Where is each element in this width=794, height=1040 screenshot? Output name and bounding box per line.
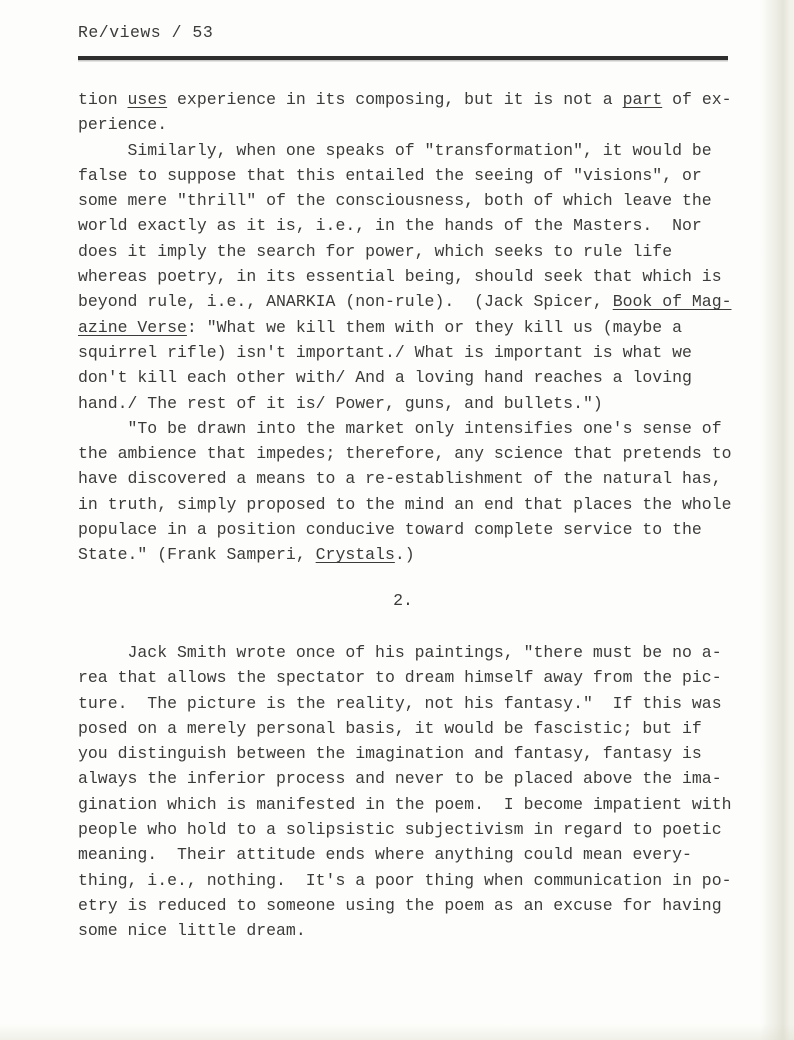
text-line: Similarly, when one speaks of "transform… xyxy=(78,138,734,163)
text-line: tion uses experience in its composing, b… xyxy=(78,87,734,112)
running-head: Re/views / 53 xyxy=(78,23,734,43)
text-line: gination which is manifested in the poem… xyxy=(78,792,734,817)
text-line: posed on a merely personal basis, it wou… xyxy=(78,716,734,741)
text-segment: Jack Smith wrote once of his paintings, … xyxy=(78,643,722,662)
text-segment: ture. The picture is the reality, not hi… xyxy=(78,694,722,713)
text-line: always the inferior process and never to… xyxy=(78,766,734,791)
page-edge-shadow-right xyxy=(760,0,794,1040)
text-line: azine Verse: "What we kill them with or … xyxy=(78,315,734,340)
underlined-text: Crystals xyxy=(316,545,395,564)
text-segment: always the inferior process and never to… xyxy=(78,769,722,788)
text-segment: tion xyxy=(78,90,128,109)
underlined-text: Book of Mag- xyxy=(613,292,732,311)
text-segment: perience. xyxy=(78,115,167,134)
text-line: State." (Frank Samperi, Crystals.) xyxy=(78,542,734,567)
text-line: don't kill each other with/ And a loving… xyxy=(78,365,734,390)
text-line: false to suppose that this entailed the … xyxy=(78,163,734,188)
text-segment: thing, i.e., nothing. It's a poor thing … xyxy=(78,871,732,890)
text-segment: of ex- xyxy=(662,90,731,109)
text-line: some mere "thrill" of the consciousness,… xyxy=(78,188,734,213)
page-content-column: Re/views / 53 tion uses experience in it… xyxy=(78,0,734,944)
text-line: hand./ The rest of it is/ Power, guns, a… xyxy=(78,391,734,416)
text-segment: experience in its composing, but it is n… xyxy=(167,90,622,109)
text-line: ture. The picture is the reality, not hi… xyxy=(78,691,734,716)
paragraph: tion uses experience in its composing, b… xyxy=(78,87,734,138)
text-line: the ambience that impedes; therefore, an… xyxy=(78,441,734,466)
text-line: populace in a position conducive toward … xyxy=(78,517,734,542)
underlined-text: azine Verse xyxy=(78,318,187,337)
text-line: etry is reduced to someone using the poe… xyxy=(78,893,734,918)
text-line: Jack Smith wrote once of his paintings, … xyxy=(78,640,734,665)
text-segment: some nice little dream. xyxy=(78,921,306,940)
text-line: does it imply the search for power, whic… xyxy=(78,239,734,264)
text-line: world exactly as it is, i.e., in the han… xyxy=(78,213,734,238)
text-segment: : "What we kill them with or they kill u… xyxy=(187,318,682,337)
text-segment: you distinguish between the imagination … xyxy=(78,744,702,763)
text-segment: the ambience that impedes; therefore, an… xyxy=(78,444,732,463)
text-line: have discovered a means to a re-establis… xyxy=(78,466,734,491)
text-line: meaning. Their attitude ends where anyth… xyxy=(78,842,734,867)
text-segment: whereas poetry, in its essential being, … xyxy=(78,267,722,286)
text-segment: in truth, simply proposed to the mind an… xyxy=(78,495,732,514)
text-segment: gination which is manifested in the poem… xyxy=(78,795,732,814)
text-line: in truth, simply proposed to the mind an… xyxy=(78,492,734,517)
text-segment: Similarly, when one speaks of "transform… xyxy=(78,141,712,160)
text-line: whereas poetry, in its essential being, … xyxy=(78,264,734,289)
header-rule xyxy=(78,56,728,60)
scanned-document-page: Re/views / 53 tion uses experience in it… xyxy=(0,0,794,1040)
text-segment: hand./ The rest of it is/ Power, guns, a… xyxy=(78,394,603,413)
text-segment: etry is reduced to someone using the poe… xyxy=(78,896,722,915)
section-heading: 2. xyxy=(78,588,728,613)
paragraph: Similarly, when one speaks of "transform… xyxy=(78,138,734,416)
text-line: you distinguish between the imagination … xyxy=(78,741,734,766)
text-line: some nice little dream. xyxy=(78,918,734,943)
paragraph: Jack Smith wrote once of his paintings, … xyxy=(78,640,734,944)
text-segment: .) xyxy=(395,545,415,564)
text-segment: squirrel rifle) isn't important./ What i… xyxy=(78,343,692,362)
text-segment: false to suppose that this entailed the … xyxy=(78,166,702,185)
underlined-text: uses xyxy=(128,90,168,109)
text-segment: rea that allows the spectator to dream h… xyxy=(78,668,722,687)
text-segment: beyond rule, i.e., ANARKIA (non-rule). (… xyxy=(78,292,613,311)
text-line: perience. xyxy=(78,112,734,137)
text-line: beyond rule, i.e., ANARKIA (non-rule). (… xyxy=(78,289,734,314)
text-segment: does it imply the search for power, whic… xyxy=(78,242,672,261)
text-segment: world exactly as it is, i.e., in the han… xyxy=(78,216,702,235)
document-body: tion uses experience in its composing, b… xyxy=(78,87,734,944)
text-segment: State." (Frank Samperi, xyxy=(78,545,316,564)
text-segment: don't kill each other with/ And a loving… xyxy=(78,368,692,387)
text-segment: some mere "thrill" of the consciousness,… xyxy=(78,191,712,210)
text-segment: populace in a position conducive toward … xyxy=(78,520,702,539)
text-line: people who hold to a solipsistic subject… xyxy=(78,817,734,842)
text-segment: "To be drawn into the market only intens… xyxy=(78,419,722,438)
underlined-text: part xyxy=(623,90,663,109)
text-line: "To be drawn into the market only intens… xyxy=(78,416,734,441)
page-edge-shadow-bottom xyxy=(0,1024,794,1040)
text-segment: meaning. Their attitude ends where anyth… xyxy=(78,845,692,864)
text-segment: have discovered a means to a re-establis… xyxy=(78,469,722,488)
text-line: squirrel rifle) isn't important./ What i… xyxy=(78,340,734,365)
text-segment: people who hold to a solipsistic subject… xyxy=(78,820,722,839)
text-line: thing, i.e., nothing. It's a poor thing … xyxy=(78,868,734,893)
text-segment: posed on a merely personal basis, it wou… xyxy=(78,719,702,738)
paragraph: "To be drawn into the market only intens… xyxy=(78,416,734,568)
text-line: rea that allows the spectator to dream h… xyxy=(78,665,734,690)
